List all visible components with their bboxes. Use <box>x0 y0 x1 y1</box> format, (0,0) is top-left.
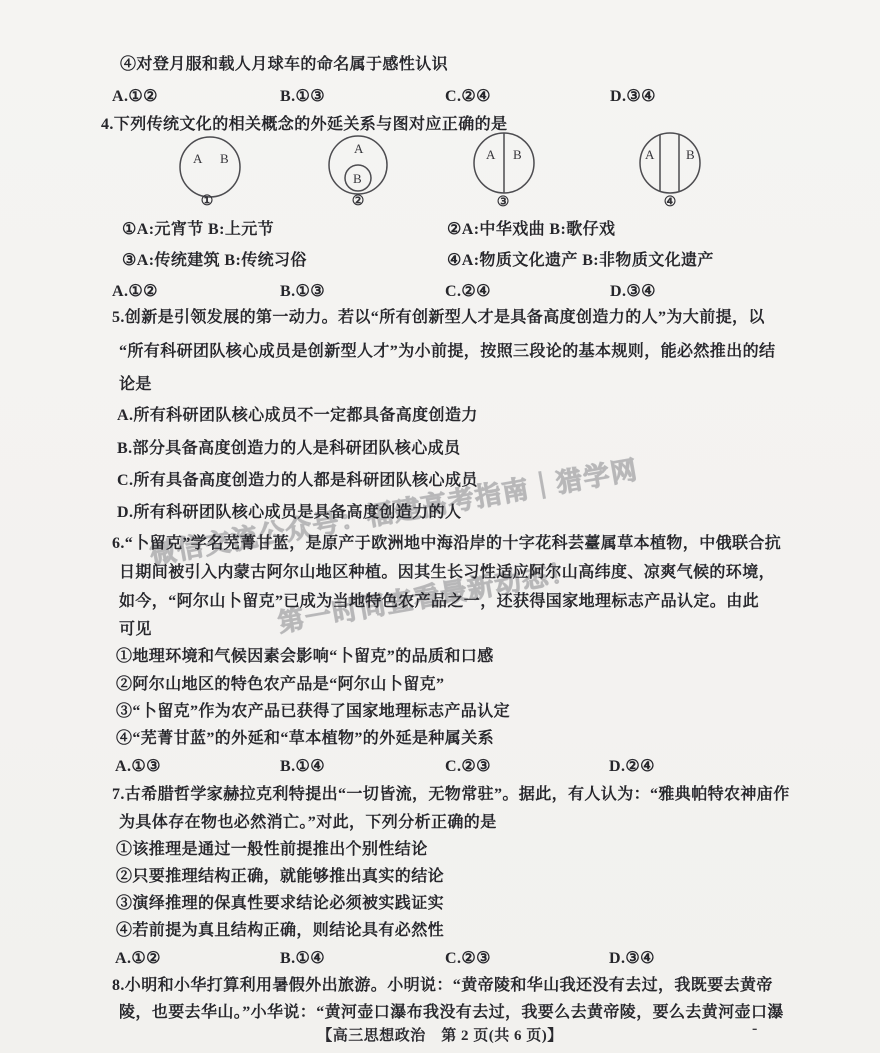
q4-pair-2: ②A:中华戏曲 B:歌仔戏 <box>447 219 615 241</box>
q6-option-a: A.①③ <box>115 756 161 778</box>
q6-stem-line-4: 可见 <box>119 619 152 641</box>
q7-stem-line-2: 为具体存在物也必然消亡。”对此，下列分析正确的是 <box>119 812 497 834</box>
venn-diagram-2: A B <box>325 132 393 202</box>
diagram-4-label-a: A <box>645 147 655 162</box>
diagram-3-label-a: A <box>486 147 496 162</box>
q7-option-a: A.①② <box>115 948 161 970</box>
q7-item-2: ②只要推理结构正确，就能够推出真实的结论 <box>116 866 444 888</box>
q3-item-4: ④对登月服和载人月球车的命名属于感性认识 <box>120 54 448 76</box>
q5-stem-line-3: 论是 <box>119 374 152 396</box>
q4-option-d: D.③④ <box>610 281 656 303</box>
q3-option-a: A.①② <box>112 86 158 108</box>
diagram-3-number: ③ <box>494 195 512 211</box>
q4-pair-4: ④A:物质文化遗产 B:非物质文化遗产 <box>447 250 714 272</box>
q6-option-c: C.②③ <box>445 756 491 778</box>
q6-option-b: B.①④ <box>280 756 325 778</box>
q7-item-3: ③演绎推理的保真性要求结论必须被实践证实 <box>116 893 444 915</box>
q4-pair-3: ③A:传统建筑 B:传统习俗 <box>122 250 307 272</box>
q7-option-d: D.③④ <box>609 948 655 970</box>
q6-option-d: D.②④ <box>609 756 655 778</box>
circle <box>640 133 700 193</box>
q5-option-c: C.所有具备高度创造力的人都是科研团队核心成员 <box>117 470 478 492</box>
q7-item-4: ④若前提为真且结构正确，则结论具有必然性 <box>116 920 444 942</box>
q8-stem-line-1: 8.小明和小华打算利用暑假外出旅游。小明说：“黄帝陵和华山我还没有去过，我既要去… <box>112 975 773 997</box>
q7-option-c: C.②③ <box>445 948 491 970</box>
q6-item-2: ②阿尔山地区的特色农产品是“阿尔山卜留克” <box>116 674 444 696</box>
venn-diagram-3: A B <box>471 131 539 199</box>
q6-item-1: ①地理环境和气候因素会影响“卜留克”的品质和口感 <box>116 646 494 668</box>
diagram-1-label-a: A <box>193 151 203 166</box>
q3-option-c: C.②④ <box>445 86 491 108</box>
q6-stem-line-2: 日期间被引入内蒙古阿尔山地区种植。因其生长习性适应阿尔山高纬度、凉爽气候的环境， <box>119 562 775 584</box>
q3-option-d: D.③④ <box>610 86 656 108</box>
q8-stem-line-2: 陵，也要去华山。”小华说：“黄河壶口瀑布我没有去过，我要么去黄帝陵，要么去黄河壶… <box>119 1002 784 1024</box>
scan-artifact-dash: - <box>752 1020 757 1038</box>
diagram-1-number: ① <box>198 194 216 210</box>
circle <box>180 137 240 197</box>
q4-pair-1: ①A:元宵节 B:上元节 <box>122 219 274 241</box>
q5-stem-line-2: “所有科研团队核心成员是创新型人才”为小前提，按照三段论的基本规则，能必然推出的… <box>119 341 775 363</box>
q7-stem-line-1: 7.古希腊哲学家赫拉克利特提出“一切皆流，无物常驻”。据此，有人认为：“雅典帕特… <box>112 784 790 806</box>
q6-stem-line-3: 如今，“阿尔山卜留克”已成为当地特色农产品之一，还获得国家地理标志产品认定。由此 <box>119 591 759 613</box>
q5-option-d: D.所有科研团队核心成员是具备高度创造力的人 <box>117 502 461 524</box>
q4-option-b: B.①③ <box>280 281 325 303</box>
venn-diagram-4: A B <box>637 131 705 199</box>
q5-option-b: B.部分具备高度创造力的人是科研团队核心成员 <box>117 438 460 460</box>
diagram-3-label-b: B <box>513 147 522 162</box>
q7-option-b: B.①④ <box>280 948 325 970</box>
q3-option-b: B.①③ <box>280 86 325 108</box>
q4-option-c: C.②④ <box>445 281 491 303</box>
q4-option-a: A.①② <box>112 281 158 303</box>
diagram-1-label-b: B <box>220 151 229 166</box>
q4-stem: 4.下列传统文化的相关概念的外延关系与图对应正确的是 <box>101 114 507 136</box>
venn-diagram-1: A B <box>177 133 245 201</box>
diagram-2-number: ② <box>349 194 367 210</box>
diagram-4-number: ④ <box>661 195 679 211</box>
q5-stem-line-1: 5.创新是引领发展的第一动力。若以“所有创新型人才是具备高度创造力的人”为大前提… <box>112 307 765 329</box>
diagram-2-label-b: B <box>353 171 362 186</box>
exam-paper-page: 微信交流公众号：福建高考指南｜猎学网 第一时间查看最新动态！ ④对登月服和载人月… <box>0 0 880 1053</box>
q6-stem-line-1: 6.“卜留克”学名芜菁甘蓝，是原产于欧洲地中海沿岸的十字花科芸薹属草本植物，中俄… <box>112 533 781 555</box>
page-footer: 【高三思想政治 第 2 页(共 6 页)】 <box>0 1024 880 1045</box>
q5-option-a: A.所有科研团队核心成员不一定都具备高度创造力 <box>117 405 478 427</box>
q7-item-1: ①该推理是通过一般性前提推出个别性结论 <box>116 839 428 861</box>
diagram-2-label-a: A <box>354 141 364 156</box>
q6-item-3: ③“卜留克”作为农产品已获得了国家地理标志产品认定 <box>116 701 510 723</box>
diagram-4-label-b: B <box>686 147 695 162</box>
q6-item-4: ④“芜菁甘蓝”的外延和“草本植物”的外延是种属关系 <box>116 728 494 750</box>
